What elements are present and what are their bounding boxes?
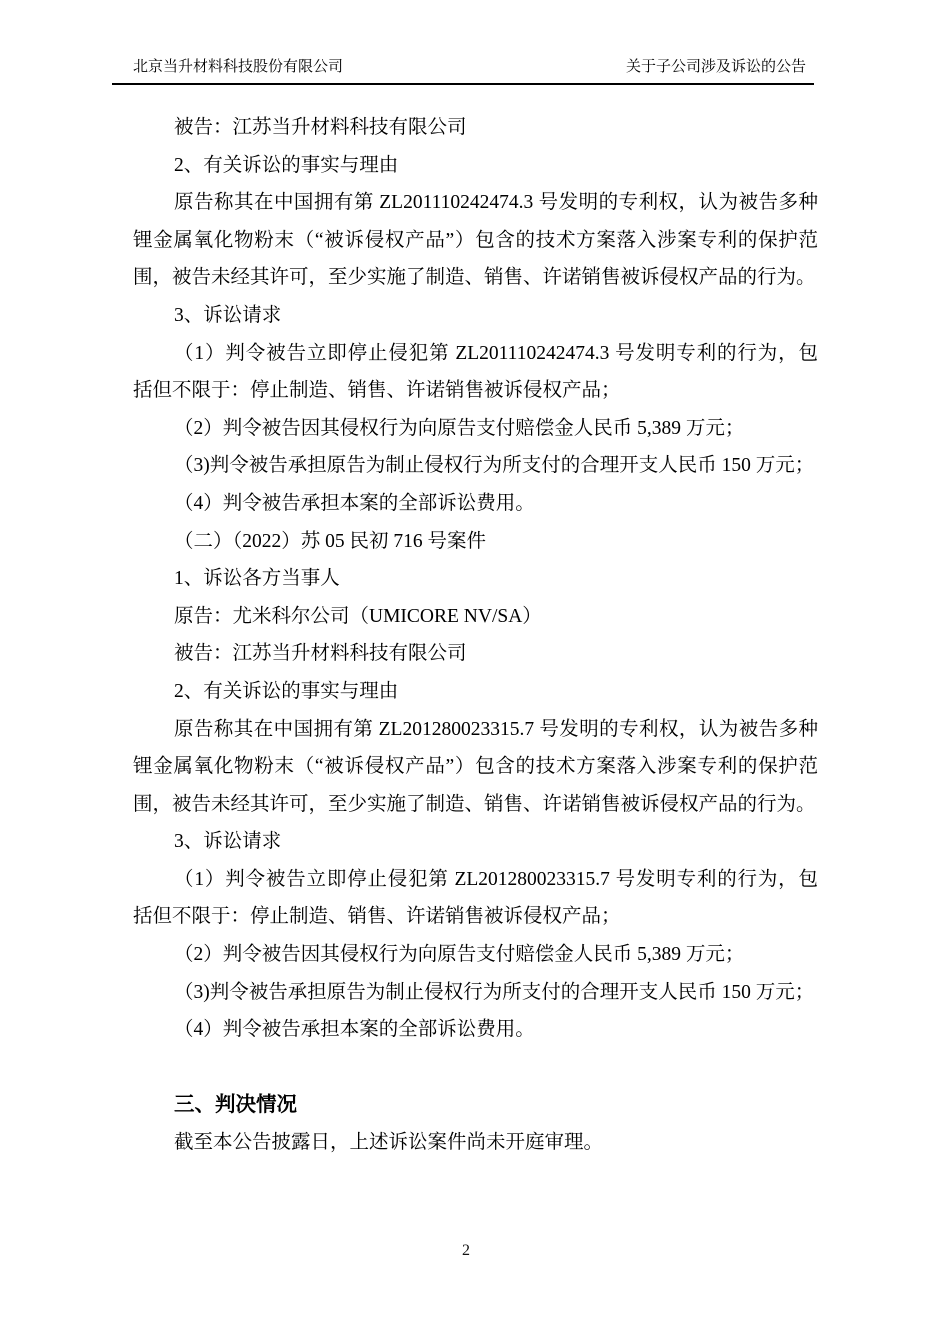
body-line: （1）判令被告立即停止侵犯第 ZL201110242474.3 号发明专利的行为… [133, 335, 818, 373]
body-line: 原告称其在中国拥有第 ZL201110242474.3 号发明的专利权，认为被告… [133, 184, 818, 222]
body-line: （2）判令被告因其侵权行为向原告支付赔偿金人民币 5,389 万元； [133, 936, 818, 974]
body-line: 3、诉讼请求 [133, 823, 818, 861]
body-line: 原告称其在中国拥有第 ZL201280023315.7 号发明的专利权，认为被告… [133, 711, 818, 749]
page-header-row: 北京当升材料科技股份有限公司 关于子公司涉及诉讼的公告 [112, 58, 814, 76]
body-line: 1、诉讼各方当事人 [133, 560, 818, 598]
body-line: 锂金属氧化物粉末（“被诉侵权产品”）包含的技术方案落入涉案专利的保护范 [133, 748, 818, 786]
body-line: 括但不限于：停止制造、销售、许诺销售被诉侵权产品； [133, 372, 818, 410]
body-line: 锂金属氧化物粉末（“被诉侵权产品”）包含的技术方案落入涉案专利的保护范 [133, 222, 818, 260]
body-line: 截至本公告披露日，上述诉讼案件尚未开庭审理。 [133, 1124, 818, 1162]
header-company-name: 北京当升材料科技股份有限公司 [133, 58, 343, 76]
body-line: 3、诉讼请求 [133, 297, 818, 335]
body-line: 2、有关诉讼的事实与理由 [133, 147, 818, 185]
body-line: （1）判令被告立即停止侵犯第 ZL201280023315.7 号发明专利的行为… [133, 861, 818, 899]
body-line: 围，被告未经其许可，至少实施了制造、销售、许诺销售被诉侵权产品的行为。 [133, 259, 818, 297]
page-header: 北京当升材料科技股份有限公司 关于子公司涉及诉讼的公告 [112, 58, 814, 85]
document-page: 北京当升材料科技股份有限公司 关于子公司涉及诉讼的公告 被告：江苏当升材料科技有… [0, 0, 944, 1334]
body-line: 原告：尤米科尔公司（UMICORE NV/SA） [133, 598, 818, 636]
body-line [133, 1049, 818, 1087]
body-line: （二）（2022）苏 05 民初 716 号案件 [133, 523, 818, 561]
body-line: 三、判决情况 [133, 1086, 818, 1124]
page-footer: 2 [112, 1240, 820, 1262]
body-line: 围，被告未经其许可，至少实施了制造、销售、许诺销售被诉侵权产品的行为。 [133, 786, 818, 824]
body-line: 被告：江苏当升材料科技有限公司 [133, 109, 818, 147]
body-line: 括但不限于：停止制造、销售、许诺销售被诉侵权产品； [133, 898, 818, 936]
body-line: （4）判令被告承担本案的全部诉讼费用。 [133, 1011, 818, 1049]
page-number: 2 [462, 1242, 470, 1259]
body-line: （4）判令被告承担本案的全部诉讼费用。 [133, 485, 818, 523]
body-line: （3)判令被告承担原告为制止侵权行为所支付的合理开支人民币 150 万元； [133, 974, 818, 1012]
body-line: 2、有关诉讼的事实与理由 [133, 673, 818, 711]
document-body: 被告：江苏当升材料科技有限公司2、有关诉讼的事实与理由原告称其在中国拥有第 ZL… [133, 109, 818, 1162]
header-doc-title: 关于子公司涉及诉讼的公告 [626, 58, 806, 76]
body-line: 被告：江苏当升材料科技有限公司 [133, 635, 818, 673]
body-line: （2）判令被告因其侵权行为向原告支付赔偿金人民币 5,389 万元； [133, 410, 818, 448]
body-line: （3)判令被告承担原告为制止侵权行为所支付的合理开支人民币 150 万元； [133, 447, 818, 485]
